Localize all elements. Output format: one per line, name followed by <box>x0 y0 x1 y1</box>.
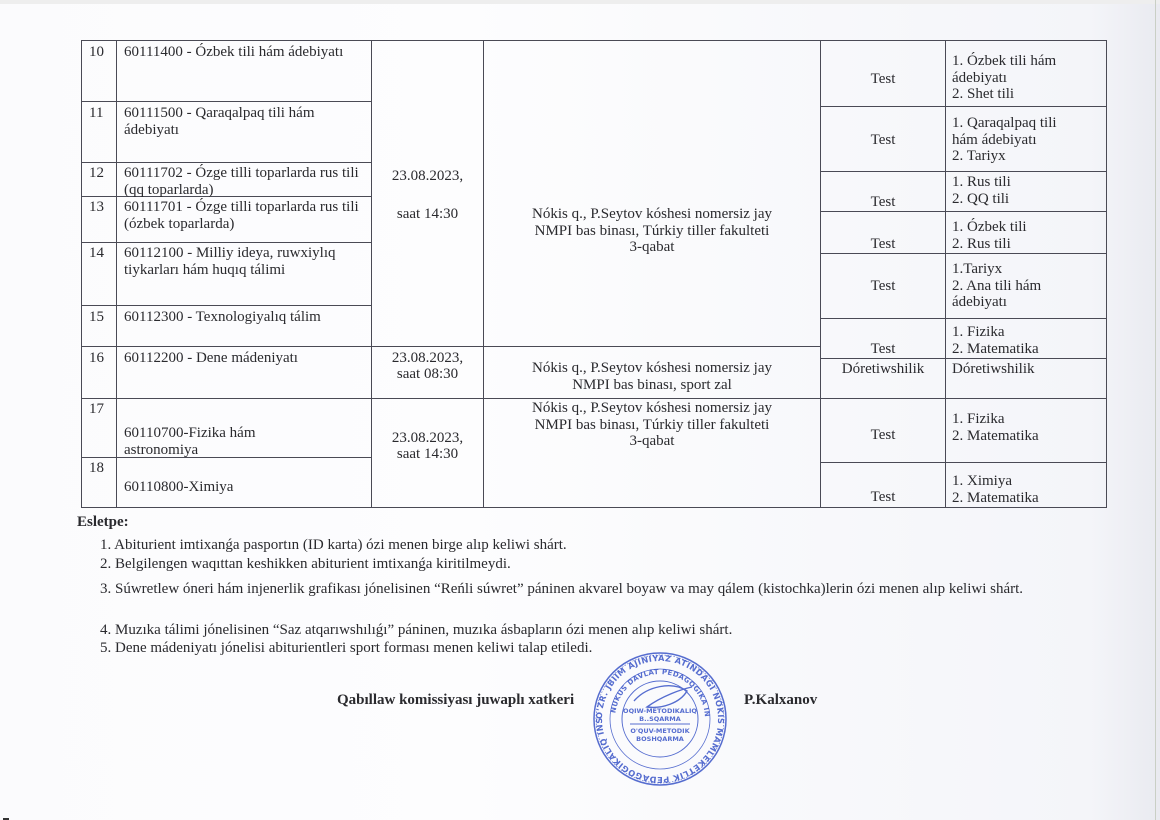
table-border-bottom <box>81 507 1106 508</box>
row-divider <box>820 318 1106 319</box>
exam-subjects: 1. Ózbek tili hám ádebiyatı 2. Shet tili <box>946 53 1106 103</box>
exam-subjects: 1. Ózbek tili 2. Rus tili <box>946 219 1106 252</box>
row-divider <box>81 346 820 347</box>
exam-subjects: 1. Fizika 2. Matematika <box>946 411 1106 444</box>
exam-time: saat 14:30 <box>372 446 483 463</box>
note-item: 1. Abiturient imtixanǵa pasportın (ID ka… <box>100 537 1090 554</box>
specialty-cell: 60110700-Fizika hám astronomiya <box>117 425 317 458</box>
table-border-top <box>81 40 1106 41</box>
row-divider <box>820 211 1106 212</box>
row-number: 13 <box>82 199 104 216</box>
row-number: 10 <box>82 44 104 61</box>
specialty-cell: 60112200 - Dene mádeniyatı <box>117 350 367 367</box>
note-item: 4. Muzıka tálimi jónelisinen “Saz atqarı… <box>100 622 1090 639</box>
exam-date: 23.08.2023, <box>372 168 483 185</box>
exam-subjects: Dóretiwshilik <box>946 361 1106 378</box>
specialty-cell: 60111400 - Ózbek tili hám ádebiyatı <box>117 44 367 61</box>
exam-subjects: 1.Tariyx 2. Ana tili hám ádebiyatı <box>946 261 1106 311</box>
specialty-cell: 60111500 - Qaraqalpaq tili hám ádebiyatı <box>117 105 367 138</box>
row-number: 11 <box>82 105 103 122</box>
exam-subjects: 1. Rus tili 2. QQ tili <box>946 174 1106 207</box>
exam-subjects: 1. Qaraqalpaq tili hám ádebiyatı 2. Tari… <box>946 115 1106 165</box>
exam-location: Nókis q., P.Seytov kóshesi nomersiz jay … <box>484 206 820 256</box>
exam-type: Test <box>821 341 945 358</box>
row-divider <box>820 106 1106 107</box>
row-number: 18 <box>82 460 104 477</box>
exam-type: Test <box>821 132 945 149</box>
note-item: 2. Belgilengen waqıttan keshikken abitur… <box>100 556 1090 573</box>
row-divider <box>81 305 371 306</box>
exam-type: Test <box>821 489 945 506</box>
row-divider <box>81 398 1106 399</box>
exam-subjects: 1. Ximiya 2. Matematika <box>946 473 1106 506</box>
row-divider <box>81 162 371 163</box>
row-number: 14 <box>82 245 104 262</box>
row-divider <box>81 101 371 102</box>
row-number: 15 <box>82 309 104 326</box>
specialty-cell: 60112100 - Milliy ideya, ruwxiylıq tiyka… <box>117 245 367 278</box>
exam-schedule-table: 10 11 12 13 14 15 16 17 18 60111400 - Óz… <box>0 0 1160 820</box>
specialty-cell: 60112300 - Texnologiyalıq tálim <box>117 309 369 326</box>
exam-date: 23.08.2023, <box>372 430 483 447</box>
row-divider <box>820 462 1106 463</box>
table-border-right <box>1106 40 1107 508</box>
stamp-center-line: O'QUV-METODIK <box>630 727 690 735</box>
stamp-center-line: B..SQARMA <box>639 715 681 723</box>
exam-time: saat 08:30 <box>372 366 483 383</box>
exam-location: Nókis q., P.Seytov kóshesi nomersiz jay … <box>484 360 820 393</box>
row-divider <box>820 253 1106 254</box>
exam-type: Test <box>821 236 945 253</box>
exam-type: Dóretiwshilik <box>821 361 945 378</box>
exam-location: Nókis q., P.Seytov kóshesi nomersiz jay … <box>484 400 820 450</box>
exam-subjects: 1. Fizika 2. Matematika <box>946 324 1106 357</box>
specialty-cell: 60110800-Ximiya <box>117 479 367 496</box>
official-stamp-icon: O'ZR. JBIIM AJINIYAZ ATINDAǴI NÓKIS MAML… <box>592 651 728 787</box>
row-number: 12 <box>82 165 104 182</box>
exam-type: Test <box>821 278 945 295</box>
stamp-center-line: BOSHQARMA <box>636 735 684 743</box>
notes-title: Esletpe: <box>77 514 129 531</box>
row-divider <box>820 358 1106 359</box>
exam-date: 23.08.2023, <box>372 350 483 367</box>
row-number: 16 <box>82 350 104 367</box>
exam-type: Test <box>821 194 945 211</box>
stamp-center-line: OQIW-METODIKALIQ <box>623 707 697 715</box>
specialty-cell: 60111702 - Ózge tilli toparlarda rus til… <box>117 165 367 198</box>
signature-name: P.Kalxanov <box>744 692 817 709</box>
exam-time: saat 14:30 <box>372 206 483 223</box>
specialty-cell: 60111701 - Ózge tilli toparlarda rus til… <box>117 199 367 232</box>
note-item: 3. Súwretlew óneri hám injenerlik grafik… <box>100 581 1090 598</box>
exam-type: Test <box>821 427 945 444</box>
row-divider <box>81 242 371 243</box>
signature-label: Qabıllaw komissiyası juwaplı xatkeri <box>337 692 574 709</box>
row-divider <box>820 171 1106 172</box>
exam-type: Test <box>821 71 945 88</box>
row-number: 17 <box>82 401 104 418</box>
